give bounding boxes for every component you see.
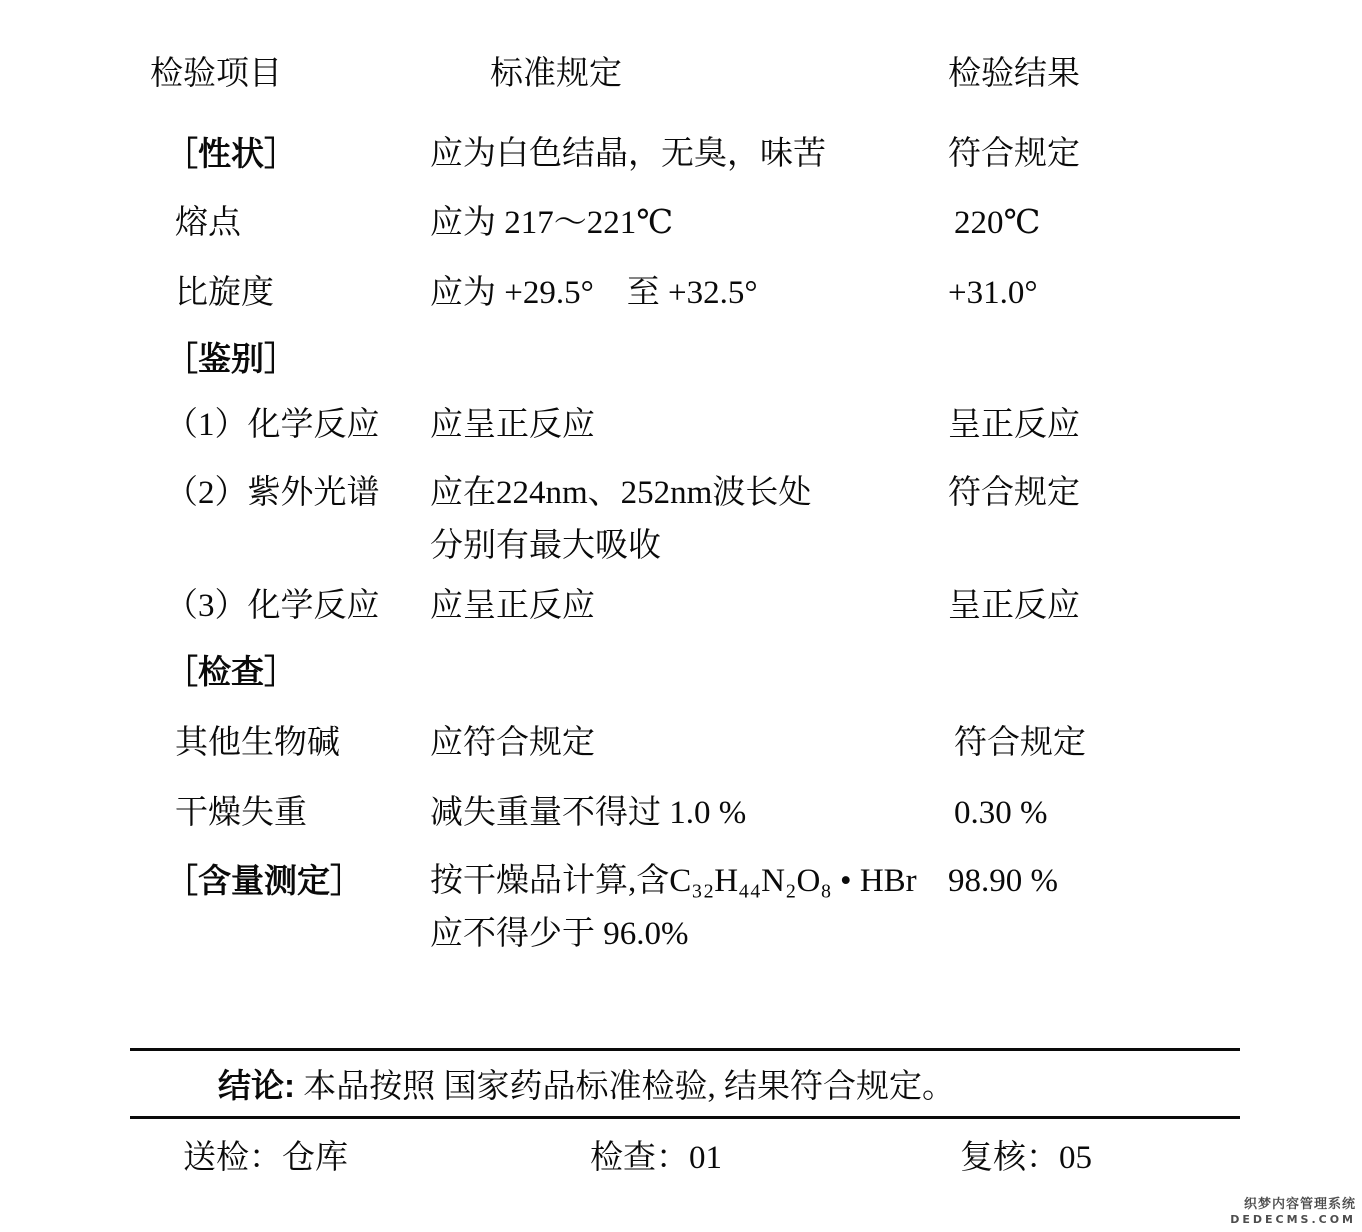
conclusion-line: 结论: 本品按照 国家药品标准检验, 结果符合规定。 (218, 1067, 955, 1106)
spec-line2: 应不得少于 96.0% (430, 915, 945, 953)
spec-cell: 应为 217～221℃ (430, 204, 945, 242)
item-cell: 熔点 (165, 204, 430, 242)
table-header-row: 检验项目 标准规定 检验结果 (165, 55, 1310, 93)
spec-cell: 应为 +29.5° 至 +32.5° (430, 274, 945, 312)
table-section-row: ［鉴别］ (165, 340, 1310, 378)
item-cell: （3）化学反应 (165, 587, 430, 625)
table-row: （1）化学反应 应呈正反应 呈正反应 (165, 406, 1310, 444)
result-cell: 0.30 % (945, 794, 1310, 832)
result-cell: 符合规定 (945, 135, 1310, 173)
spec-cell: 按干燥品计算,含C₃₂H₄₄N₂O₈ • HBr 应不得少于 96.0% (430, 862, 945, 953)
result-cell: 220℃ (945, 204, 1310, 242)
table-row: （2）紫外光谱 应在224nm、252nm波长处 分别有最大吸收 符合规定 (165, 474, 1310, 565)
watermark-line1: 织梦内容管理系统 (1230, 1197, 1356, 1212)
item-cell: 比旋度 (165, 274, 430, 312)
table-section-row: ［检查］ (165, 653, 1310, 691)
result-cell: 符合规定 (945, 724, 1310, 762)
spec-cell: 减失重量不得过 1.0 % (430, 794, 945, 832)
table-row: （3）化学反应 应呈正反应 呈正反应 (165, 587, 1310, 625)
item-cell: 干燥失重 (165, 794, 430, 832)
conclusion-text: 本品按照 国家药品标准检验, 结果符合规定。 (295, 1069, 955, 1105)
result-cell: 98.90 % (945, 862, 1310, 900)
table-row: 熔点 应为 217～221℃ 220℃ (165, 204, 1310, 242)
spec-line1: 应在224nm、252nm波长处 (430, 475, 811, 511)
section-header: ［鉴别］ (165, 340, 430, 378)
item-cell: ［含量测定］ (165, 862, 430, 900)
spec-line2: 分别有最大吸收 (430, 527, 945, 565)
spec-cell: 应在224nm、252nm波长处 分别有最大吸收 (430, 474, 945, 565)
column-header-item: 检验项目 (150, 55, 430, 93)
spec-cell: 应符合规定 (430, 724, 945, 762)
item-cell: 其他生物碱 (165, 724, 430, 762)
inspection-report-page: 检验项目 标准规定 检验结果 ［性状］ 应为白色结晶，无臭，味苦 符合规定 熔点… (0, 0, 1362, 1232)
spec-cell: 应为白色结晶，无臭，味苦 (430, 135, 945, 173)
spec-line1: 按干燥品计算,含C₃₂H₄₄N₂O₈ • HBr (430, 863, 917, 899)
table-row: ［含量测定］ 按干燥品计算,含C₃₂H₄₄N₂O₈ • HBr 应不得少于 96… (165, 862, 1310, 953)
conclusion-label: 结论: (218, 1067, 295, 1104)
item-cell: ［性状］ (165, 135, 430, 173)
footer-checked-by: 检查：01 (590, 1139, 722, 1177)
column-header-result: 检验结果 (945, 55, 1310, 93)
section-header: ［检查］ (165, 653, 430, 691)
item-cell: （1）化学反应 (165, 406, 430, 444)
result-cell: 符合规定 (945, 474, 1310, 512)
divider-line-top (130, 1048, 1240, 1051)
table-row: 比旋度 应为 +29.5° 至 +32.5° +31.0° (165, 274, 1310, 312)
table-row: 其他生物碱 应符合规定 符合规定 (165, 724, 1310, 762)
footer-submitted-by: 送检：仓库 (183, 1139, 348, 1177)
watermark-line2: DEDECMS.COM (1230, 1212, 1356, 1227)
table-row: ［性状］ 应为白色结晶，无臭，味苦 符合规定 (165, 135, 1310, 173)
result-cell: 呈正反应 (945, 406, 1310, 444)
footer-reviewed-by: 复核：05 (960, 1139, 1092, 1177)
item-cell: （2）紫外光谱 (165, 474, 430, 512)
spec-cell: 应呈正反应 (430, 406, 945, 444)
dedecms-watermark: 织梦内容管理系统 DEDECMS.COM (1230, 1197, 1356, 1227)
spec-cell: 应呈正反应 (430, 587, 945, 625)
divider-line-bottom (130, 1116, 1240, 1119)
table-row: 干燥失重 减失重量不得过 1.0 % 0.30 % (165, 794, 1310, 832)
column-header-spec: 标准规定 (490, 55, 945, 93)
result-cell: 呈正反应 (945, 587, 1310, 625)
result-cell: +31.0° (945, 274, 1310, 312)
